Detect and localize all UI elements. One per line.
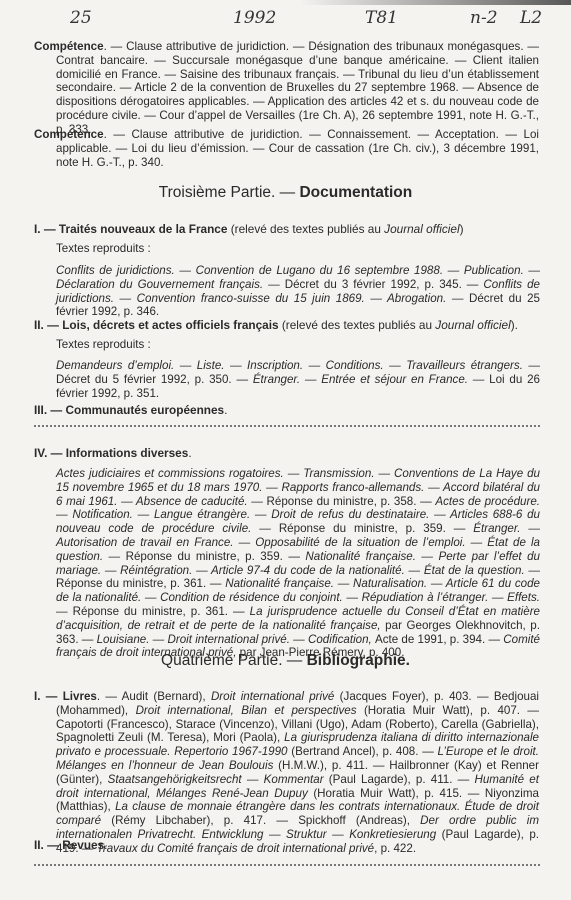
- case-entry-1: Compétence. — Clause attributive de juri…: [34, 40, 539, 137]
- entry-heading: Compétence: [34, 40, 104, 53]
- part-three-title: Troisième Partie. — Documentation: [0, 184, 571, 202]
- entry-text: . — Clause attributive de juridiction. —…: [56, 128, 539, 169]
- section-lois-heading: II. — Lois, décrets et actes officiels f…: [34, 318, 544, 332]
- textes-reproduits-label: Textes reproduits :: [56, 338, 540, 352]
- section-livres: I. — Livres. — Audit (Bernard), Droit in…: [34, 690, 539, 856]
- informations-text: Actes judiciaires et commissions rogatoi…: [56, 467, 540, 660]
- section-traites-heading: I. — Traités nouveaux de la France (rele…: [34, 222, 544, 236]
- entry-heading: Compétence: [34, 128, 104, 141]
- handwritten-note-3: T81: [365, 8, 398, 28]
- traites-text: Conflits de juridictions. — Convention d…: [56, 264, 540, 319]
- handwritten-note-1: 25: [70, 8, 92, 28]
- entry-text: . — Clause attributive de juridiction. —…: [56, 40, 539, 136]
- dotted-separator: [34, 862, 540, 866]
- lois-text: Demandeurs d’emploi. — Liste. — Inscript…: [56, 359, 540, 400]
- section-informations-heading: IV. — Informations diverses.: [34, 446, 544, 460]
- scan-shadow: [300, 0, 571, 5]
- handwritten-note-4: n-2: [470, 8, 498, 28]
- handwritten-note-2: 1992: [233, 8, 276, 28]
- handwritten-note-5: L2: [520, 8, 542, 28]
- case-entry-2: Compétence. — Clause attributive de juri…: [34, 128, 539, 169]
- section-communautes-heading: III. — Communautés européennes.: [34, 403, 544, 417]
- dotted-separator: [34, 423, 540, 427]
- section-revues-heading: II. — Revues.: [34, 838, 544, 852]
- part-four-title: Quatrième Partie. — Bibliographie.: [0, 652, 571, 670]
- textes-reproduits-label: Textes reproduits :: [56, 242, 540, 256]
